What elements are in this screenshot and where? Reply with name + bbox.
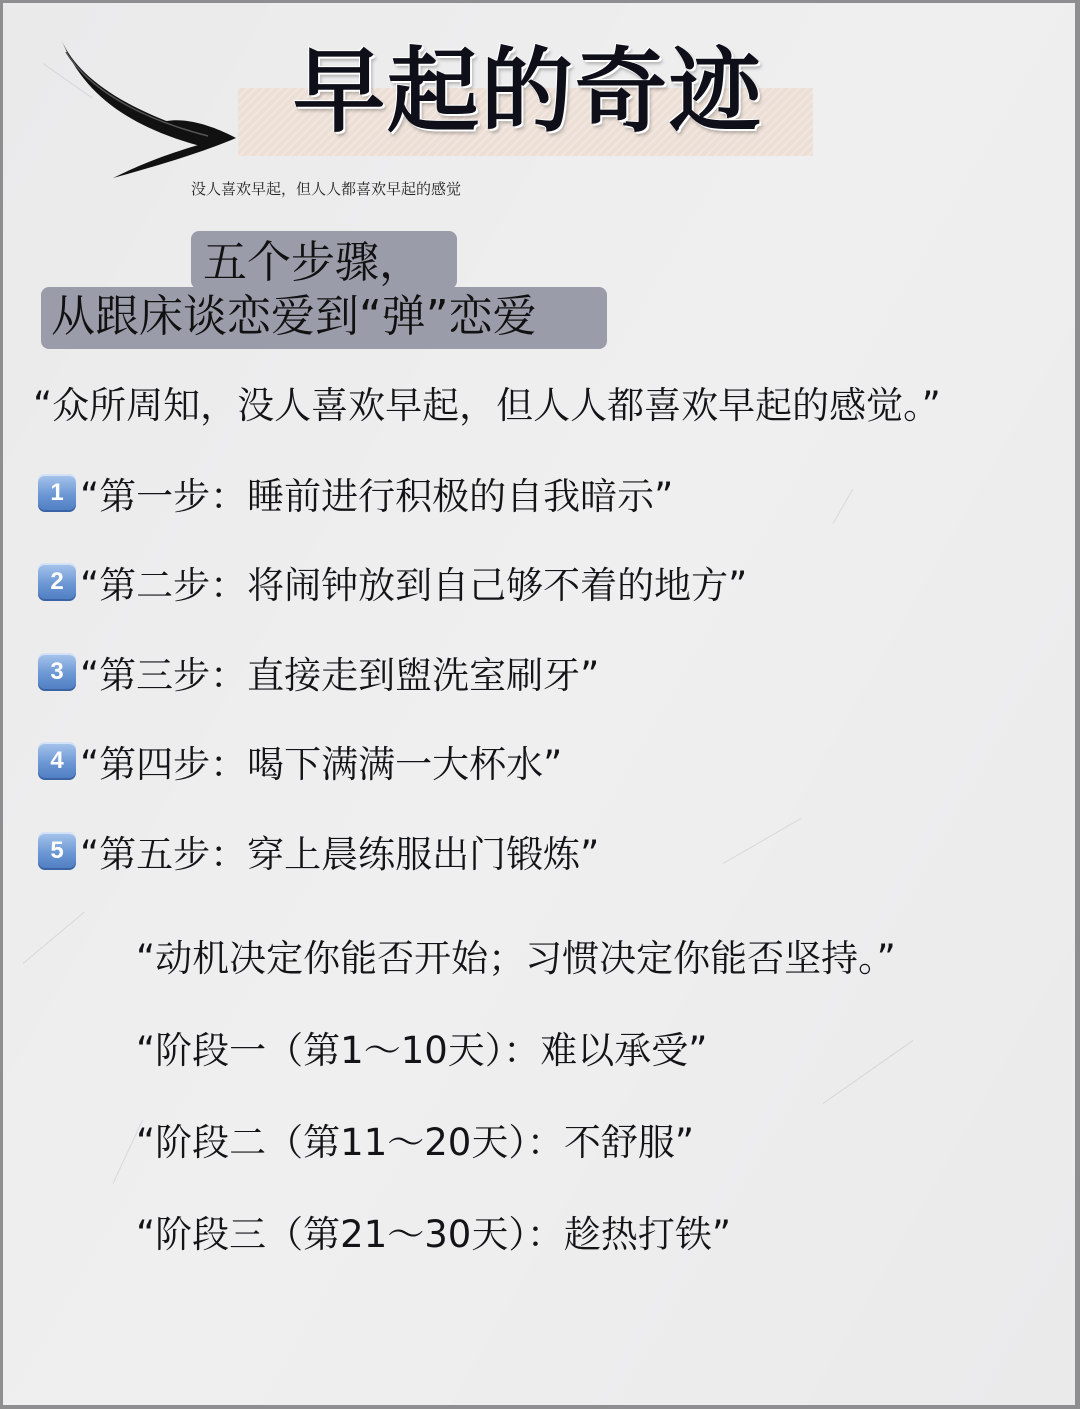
texture-scratch — [23, 912, 85, 964]
step-text: “第三步：直接走到盥洗室刷牙” — [80, 645, 599, 699]
keycap-4-icon: 4 — [38, 742, 76, 780]
motto-quote: “动机决定你能否开始；习惯决定你能否坚持。” — [136, 928, 896, 982]
intro-quote: “众所周知，没人喜欢早起，但人人都喜欢早起的感觉。” — [33, 375, 941, 429]
step-text: “第一步：睡前进行积极的自我暗示” — [80, 466, 673, 520]
step-text: “第五步：穿上晨练服出门锻炼” — [80, 824, 599, 878]
texture-scratch — [823, 1040, 914, 1104]
headline-line-2: 从跟床谈恋爱到“弹”恋爱 — [51, 295, 537, 339]
headline-line-1: 五个步骤， — [203, 241, 423, 285]
page-title: 早起的奇迹 — [293, 41, 763, 142]
keycap-5-icon: 5 — [38, 832, 76, 870]
page-subtitle: 没人喜欢早起，但人人都喜欢早起的感觉 — [191, 178, 461, 199]
texture-scratch — [723, 818, 801, 864]
step-item-5: 5 “第五步：穿上晨练服出门锻炼” — [38, 824, 599, 878]
keycap-2-icon: 2 — [38, 563, 76, 601]
stage-item-3: “阶段三（第21～30天）：趁热打铁” — [136, 1204, 731, 1258]
step-text: “第二步：将闹钟放到自己够不着的地方” — [80, 555, 747, 609]
keycap-3-icon: 3 — [38, 653, 76, 691]
keycap-1-icon: 1 — [38, 474, 76, 512]
step-item-1: 1 “第一步：睡前进行积极的自我暗示” — [38, 466, 673, 520]
document-page: 早起的奇迹 没人喜欢早起，但人人都喜欢早起的感觉 五个步骤， 从跟床谈恋爱到“弹… — [3, 3, 1075, 1405]
stage-item-2: “阶段二（第11～20天）：不舒服” — [136, 1112, 694, 1166]
stage-item-1: “阶段一（第1～10天）：难以承受” — [136, 1020, 707, 1074]
step-item-2: 2 “第二步：将闹钟放到自己够不着的地方” — [38, 555, 747, 609]
texture-scratch — [833, 489, 854, 524]
step-item-4: 4 “第四步：喝下满满一大杯水” — [38, 734, 562, 788]
brush-arrow-icon — [58, 38, 243, 178]
step-text: “第四步：喝下满满一大杯水” — [80, 734, 562, 788]
step-item-3: 3 “第三步：直接走到盥洗室刷牙” — [38, 645, 599, 699]
